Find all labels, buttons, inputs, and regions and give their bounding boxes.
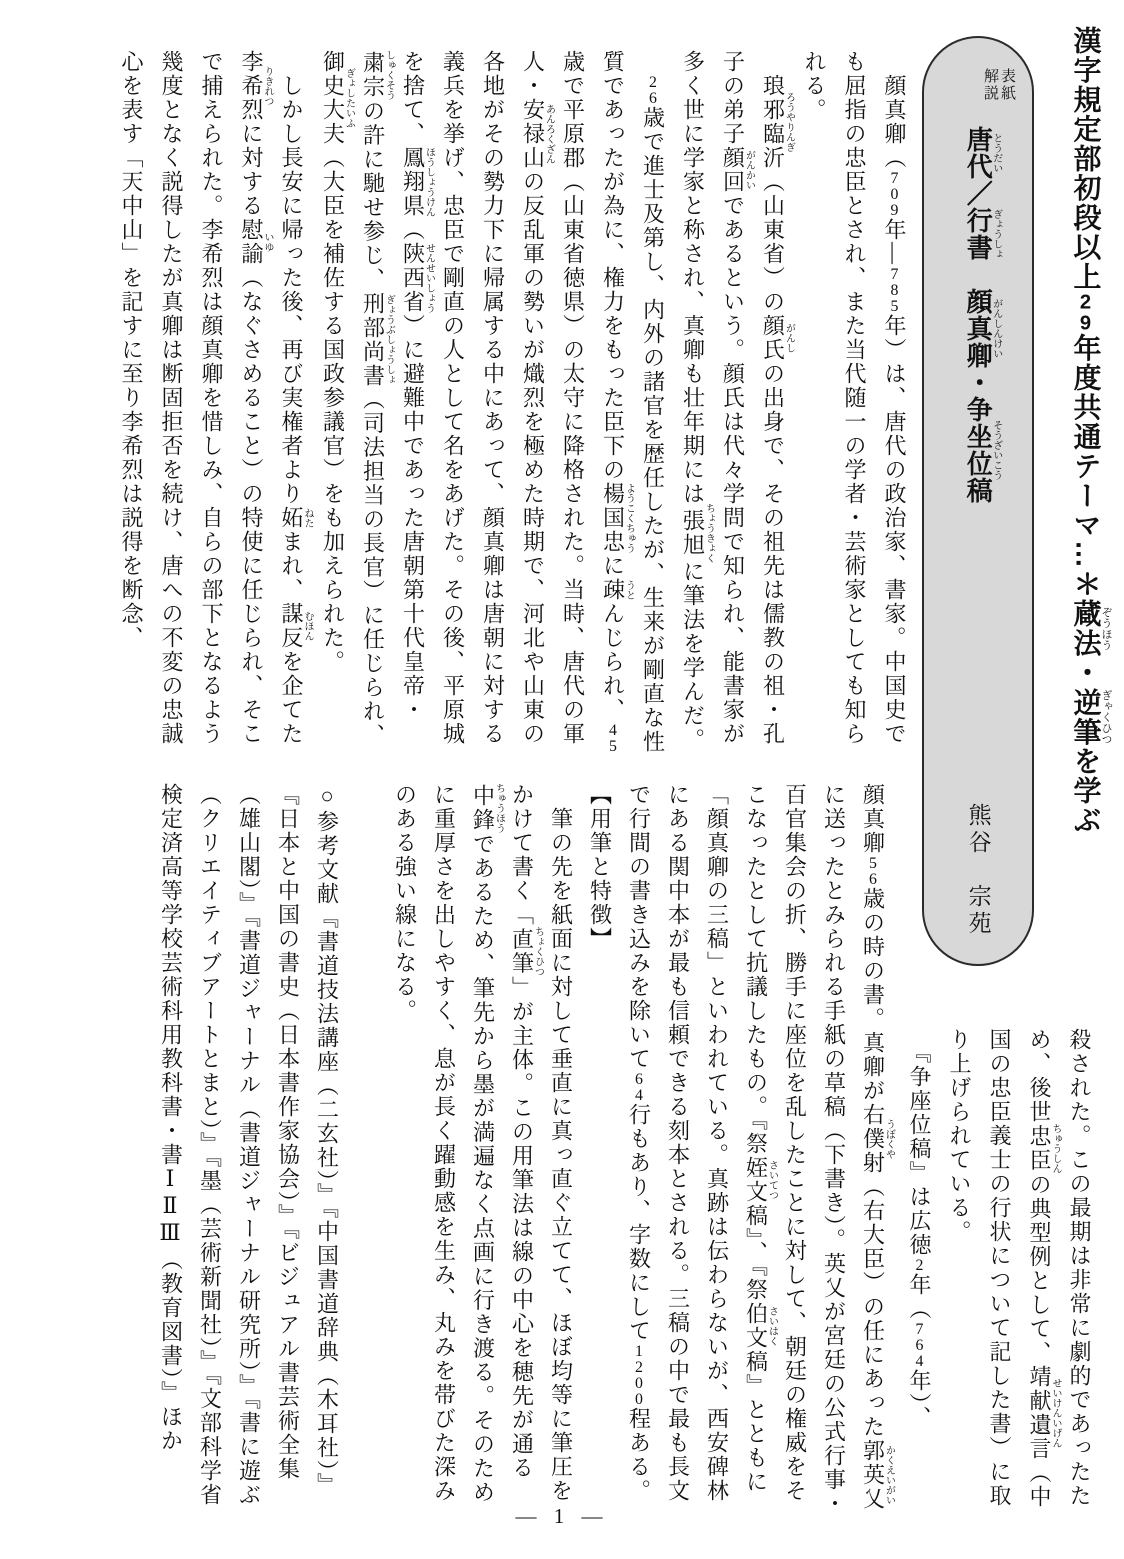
ruby-annotated-text: 靖献遺言せいけんいげん xyxy=(1027,1365,1052,1461)
paragraph: 殺された。この最期は非常に劇的であったため、後世忠臣ちゅうしんの典型例として、靖… xyxy=(939,1028,1099,1520)
cover-commentary-capsule: 表紙 解説 唐代とうだい／行書ぎょうしょ 顔真卿がんしんけい・争坐位稿そうざいこ… xyxy=(922,36,1034,966)
ruby-annotated-text: 楊国忠ようこくちゅう xyxy=(601,482,626,554)
capsule-label: 表紙 解説 xyxy=(982,68,1016,102)
ruby-annotated-text: 争坐位稿そうざいこう xyxy=(963,396,993,504)
ruby-annotated-text: 安禄山あんろくざん xyxy=(521,98,546,170)
ruby-annotated-text: 蔵法ぞうほう xyxy=(1071,599,1102,658)
ruby-annotated-text: 逆筆ぎゃくひつ xyxy=(1071,688,1102,747)
ruby-annotated-text: 粛宗しゅくそう xyxy=(361,50,386,100)
biography-section: 顔真卿（709年―785年）は、唐代の政治家、書家。中国史でも屈指の忠臣とされ、… xyxy=(18,50,914,764)
ruby-annotated-text: 謀反むほん xyxy=(279,602,304,650)
paragraph: しかし長安に帰った後、再び実権者より妬ねたまれ、謀反むほんを企てた李希烈りきれつ… xyxy=(111,50,313,764)
numeral: 45 xyxy=(605,722,622,754)
paragraph: 顔真卿56歳の時の書。真卿が右僕射うぼくや（右大臣）の任にあった郭英乂かくえいが… xyxy=(620,783,895,1520)
paragraph: 26歳で進士及第し、内外の諸官を歴任したが、生来が剛直な性質であったが為に、権力… xyxy=(313,50,673,764)
ruby-annotated-text: 妬ねた xyxy=(279,506,304,530)
ruby-annotated-text: 刑部尚書ぎょうぶしょうしょ xyxy=(361,292,386,388)
paragraph: 『争座位稿』は広徳2年（764年）、 xyxy=(899,1028,939,1520)
page-number: ― 1 ― xyxy=(0,1504,1124,1529)
ruby-annotated-text: 行書ぎょうしょ xyxy=(963,207,993,261)
numeral: 2 xyxy=(911,1257,928,1273)
ruby-annotated-text: 中鋒ちゅうほう xyxy=(471,783,496,833)
ruby-annotated-text: 郭英乂かくえいがい xyxy=(861,1439,886,1511)
ruby-annotated-text: 顔氏がんし xyxy=(761,314,786,362)
document-page: { "headline": { "segments": [ "漢字規定部初段以上… xyxy=(0,0,1124,1559)
ruby-annotated-text: 李希烈りきれつ xyxy=(239,50,264,122)
numeral: 56 xyxy=(865,855,882,887)
ruby-annotated-text: 琅邪臨沂ろうやりんぎ xyxy=(761,74,786,170)
paragraph: 【用筆と特徴】 xyxy=(581,783,620,1520)
page-title: 漢字規定部初段以上29年度共通テーマ…＊蔵法ぞうほう・逆筆ぎゃくひつを学ぶ xyxy=(1069,26,1112,856)
numeral: 29 xyxy=(1075,292,1097,334)
capsule-label-line2: 解説 xyxy=(982,68,999,102)
ruby-annotated-text: 張旭ちょうきょく xyxy=(681,506,706,560)
paragraph: ○参考文献『書道技法講座（二玄社）』『中国書道辞典（木耳社）』『日本と中国の書史… xyxy=(152,783,347,1520)
ruby-annotated-text: 祭伯文稿さいはく xyxy=(744,1278,769,1374)
ruby-annotated-text: 忠臣ちゅうしん xyxy=(1027,1124,1052,1173)
paragraph: 顔真卿（709年―785年）は、唐代の政治家、書家。中国史でも屈指の忠臣とされ、… xyxy=(794,50,914,764)
numeral: 26 xyxy=(645,74,662,106)
ruby-annotated-text: 右僕射うぼくや xyxy=(861,1103,886,1175)
work-intro-section: 殺された。この最期は非常に劇的であったため、後世忠臣ちゅうしんの典型例として、靖… xyxy=(893,1028,1099,1520)
ruby-annotated-text: 陝西省せんせいしょう xyxy=(401,242,426,314)
paragraph xyxy=(347,783,386,1520)
numeral: 785 xyxy=(886,266,903,314)
work-detail-section: 顔真卿56歳の時の書。真卿が右僕射うぼくや（右大臣）の任にあった郭英乂かくえいが… xyxy=(22,783,894,1520)
ruby-annotated-text: 御史大夫ぎょしたいふ xyxy=(321,50,346,146)
capsule-label-line1: 表紙 xyxy=(999,68,1016,102)
ruby-annotated-text: 鳳翔県ほうしょうけん xyxy=(401,146,426,218)
ruby-annotated-text: 直筆ちょくひつ xyxy=(510,927,535,976)
paragraph: 筆の先を紙面に対して垂直に真っ直ぐ立てて、ほぼ均等に筆圧をかけて書く「直筆ちょく… xyxy=(386,783,581,1520)
ruby-annotated-text: 顔真卿がんしんけい xyxy=(963,288,993,369)
ruby-annotated-text: 顔回がんかい xyxy=(721,146,746,194)
capsule-title: 唐代とうだい／行書ぎょうしょ 顔真卿がんしんけい・争坐位稿そうざいこう xyxy=(964,126,1001,504)
author-name: 熊谷 宗苑 xyxy=(965,803,990,938)
ruby-annotated-text: 疎うと xyxy=(601,578,626,602)
numeral: 709 xyxy=(886,170,903,218)
numeral: 764 xyxy=(911,1321,928,1369)
numeral: 1200 xyxy=(631,1343,648,1407)
paragraph: 琅邪臨沂ろうやりんぎ（山東省）の顔氏がんしの出身で、その祖先は儒教の祖・孔子の弟… xyxy=(673,50,795,764)
numeral: 64 xyxy=(631,1071,648,1103)
ruby-annotated-text: 祭姪文稿さいてつ xyxy=(744,1132,769,1228)
ruby-annotated-text: 唐代とうだい xyxy=(963,126,993,180)
ruby-annotated-text: 慰諭いゆ xyxy=(239,218,264,266)
